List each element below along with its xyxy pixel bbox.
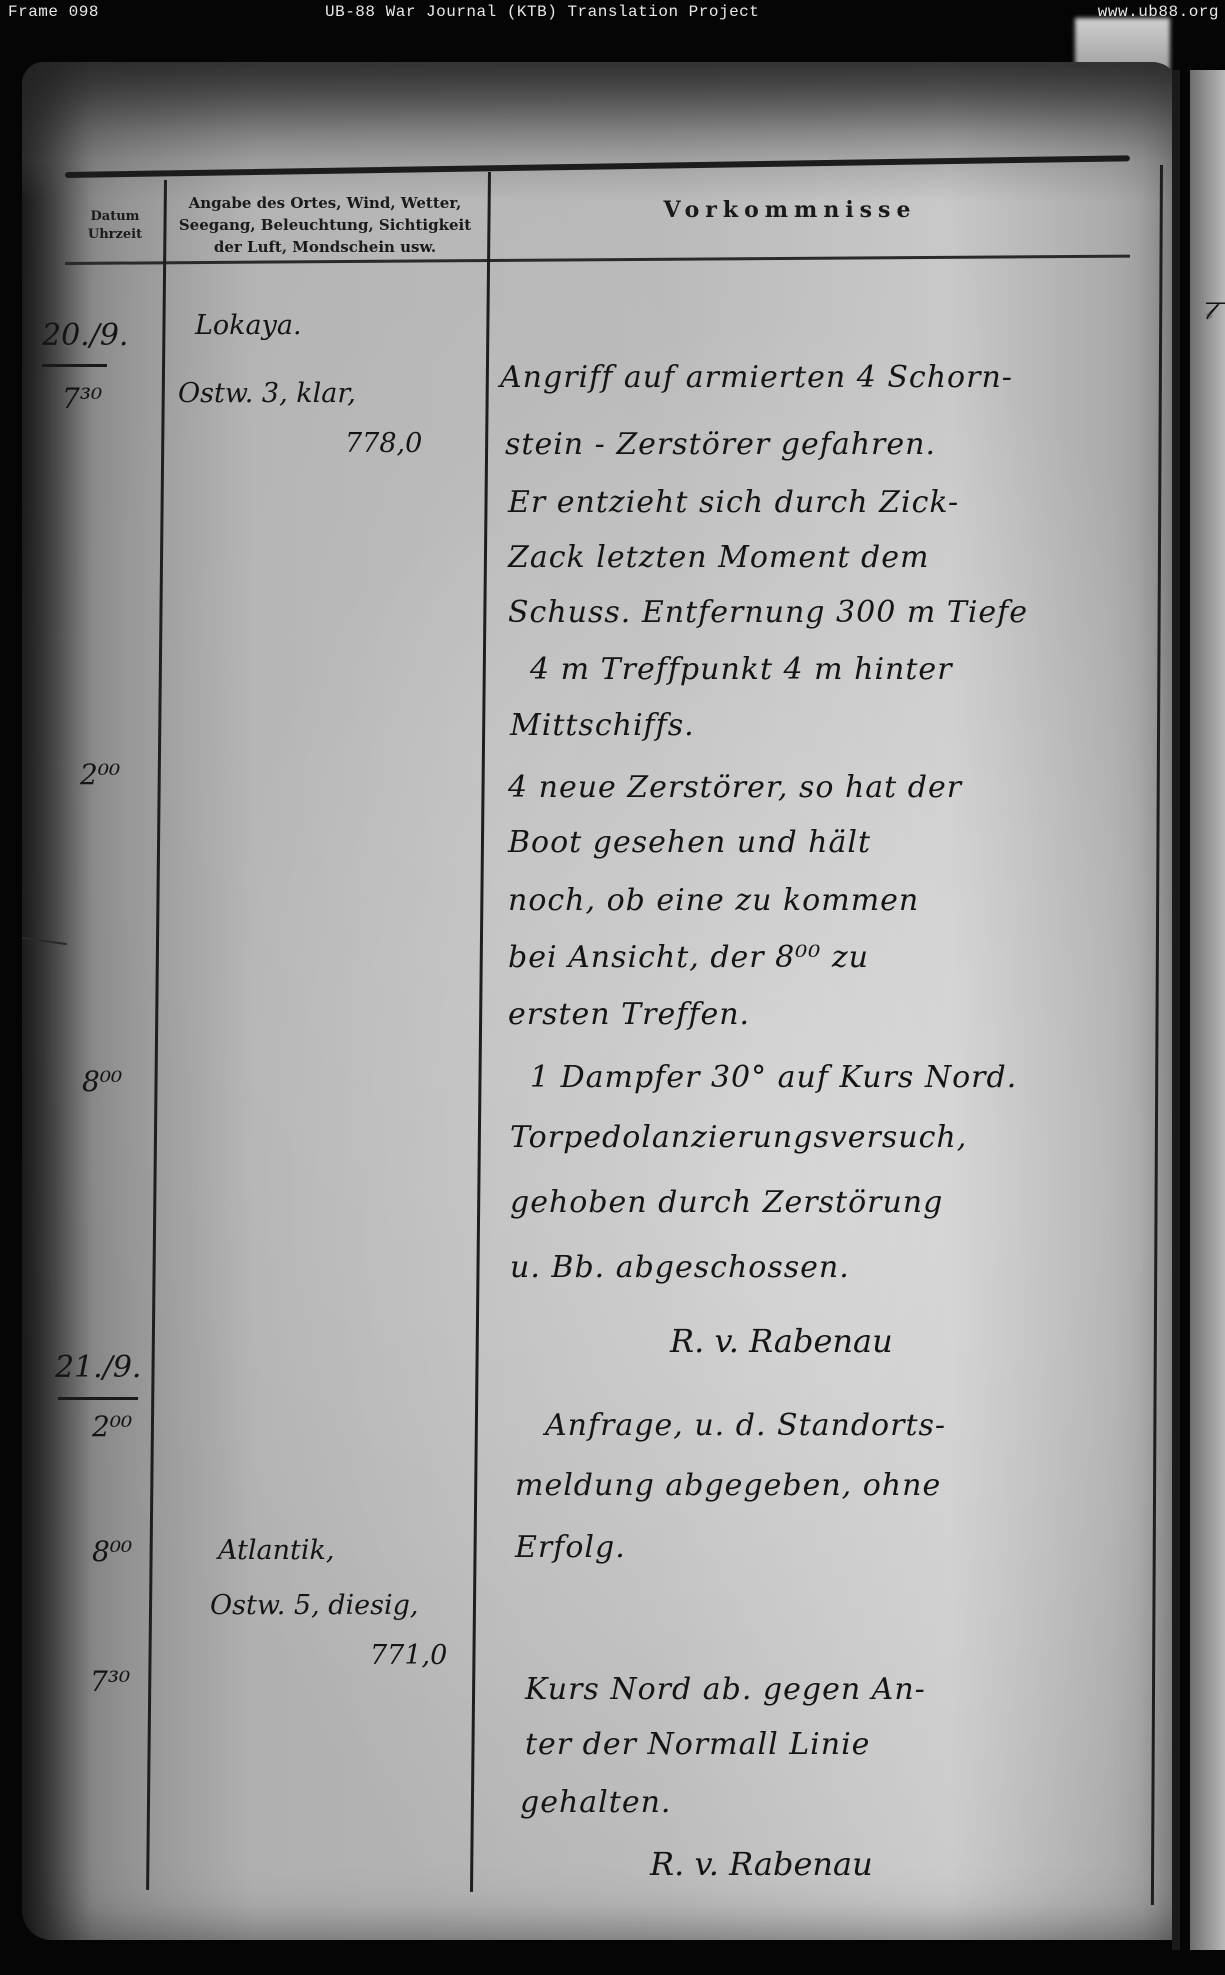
signature: R. v. Rabenau bbox=[650, 1845, 873, 1883]
event-line: Torpedolanzierungsversuch, bbox=[510, 1120, 967, 1155]
facing-page-mark: 𝓁 bbox=[1205, 300, 1212, 325]
date-underline bbox=[58, 1397, 138, 1400]
entry-time: 7³⁰ bbox=[62, 382, 102, 415]
header-location-line: Seegang, Beleuchtung, Sichtigkeit bbox=[170, 214, 480, 236]
project-title: UB-88 War Journal (KTB) Translation Proj… bbox=[325, 3, 759, 21]
frame-label: Frame 098 bbox=[8, 3, 99, 21]
header-location-weather: Angabe des Ortes, Wind, Wetter, Seegang,… bbox=[170, 192, 480, 258]
header-location-line: der Luft, Mondschein usw. bbox=[170, 236, 480, 258]
event-line: gehalten. bbox=[520, 1785, 671, 1820]
event-line: 4 m Treffpunkt 4 m hinter bbox=[530, 652, 953, 687]
entry-time: 2⁰⁰ bbox=[80, 758, 120, 791]
location-text: Ostw. 3, klar, bbox=[178, 378, 356, 409]
event-line: meldung abgegeben, ohne bbox=[515, 1468, 941, 1503]
entry-date: 20./9. bbox=[42, 318, 128, 353]
facing-page-edge bbox=[1190, 70, 1225, 1950]
header-uhrzeit: Uhrzeit bbox=[70, 226, 160, 244]
event-line: 1 Dampfer 30° auf Kurs Nord. bbox=[530, 1060, 1017, 1095]
event-line: noch, ob eine zu kommen bbox=[508, 883, 919, 918]
date-underline bbox=[42, 364, 107, 367]
event-line: Erfolg. bbox=[515, 1530, 626, 1565]
header-location-line: Angabe des Ortes, Wind, Wetter, bbox=[170, 192, 480, 214]
location-text: Atlantik, bbox=[218, 1535, 334, 1566]
location-text: 771,0 bbox=[370, 1640, 447, 1671]
event-line: Anfrage, u. d. Standorts- bbox=[545, 1408, 946, 1443]
entry-date: 21./9. bbox=[55, 1350, 141, 1385]
event-line: ter der Normall Linie bbox=[525, 1727, 870, 1762]
location-text: 778,0 bbox=[345, 428, 422, 459]
event-line: ersten Treffen. bbox=[508, 997, 750, 1032]
location-text: Ostw. 5, diesig, bbox=[210, 1590, 419, 1621]
entry-time: 2⁰⁰ bbox=[92, 1410, 132, 1443]
event-line: Angriff auf armierten 4 Schorn- bbox=[500, 360, 1013, 395]
page-shadow bbox=[22, 62, 1180, 202]
event-line: Boot gesehen und hält bbox=[508, 825, 871, 860]
location-text: Lokaya. bbox=[195, 310, 302, 341]
event-line: u. Bb. abgeschossen. bbox=[510, 1250, 850, 1285]
event-line: Kurs Nord ab. gegen An- bbox=[525, 1672, 926, 1707]
event-line: gehoben durch Zerstörung bbox=[510, 1185, 943, 1220]
event-line: Er entzieht sich durch Zick- bbox=[508, 485, 959, 520]
entry-time: 8⁰⁰ bbox=[82, 1065, 122, 1098]
header-datum: Datum bbox=[70, 208, 160, 226]
event-line: 4 neue Zerstörer, so hat der bbox=[508, 770, 962, 805]
frame-banner: Frame 098 UB-88 War Journal (KTB) Transl… bbox=[0, 0, 1225, 28]
event-line: stein - Zerstörer gefahren. bbox=[505, 427, 936, 462]
header-date-time: Datum Uhrzeit bbox=[70, 208, 160, 244]
page-gutter bbox=[1172, 70, 1180, 1950]
event-line: Mittschiffs. bbox=[510, 708, 695, 743]
event-line: bei Ansicht, der 8⁰⁰ zu bbox=[508, 940, 869, 975]
signature: R. v. Rabenau bbox=[670, 1322, 893, 1360]
entry-time: 8⁰⁰ bbox=[92, 1535, 132, 1568]
header-events: Vorkommnisse bbox=[600, 197, 980, 223]
event-line: Schuss. Entfernung 300 m Tiefe bbox=[508, 595, 1028, 630]
entry-time: 7³⁰ bbox=[90, 1665, 130, 1698]
event-line: Zack letzten Moment dem bbox=[508, 540, 929, 575]
